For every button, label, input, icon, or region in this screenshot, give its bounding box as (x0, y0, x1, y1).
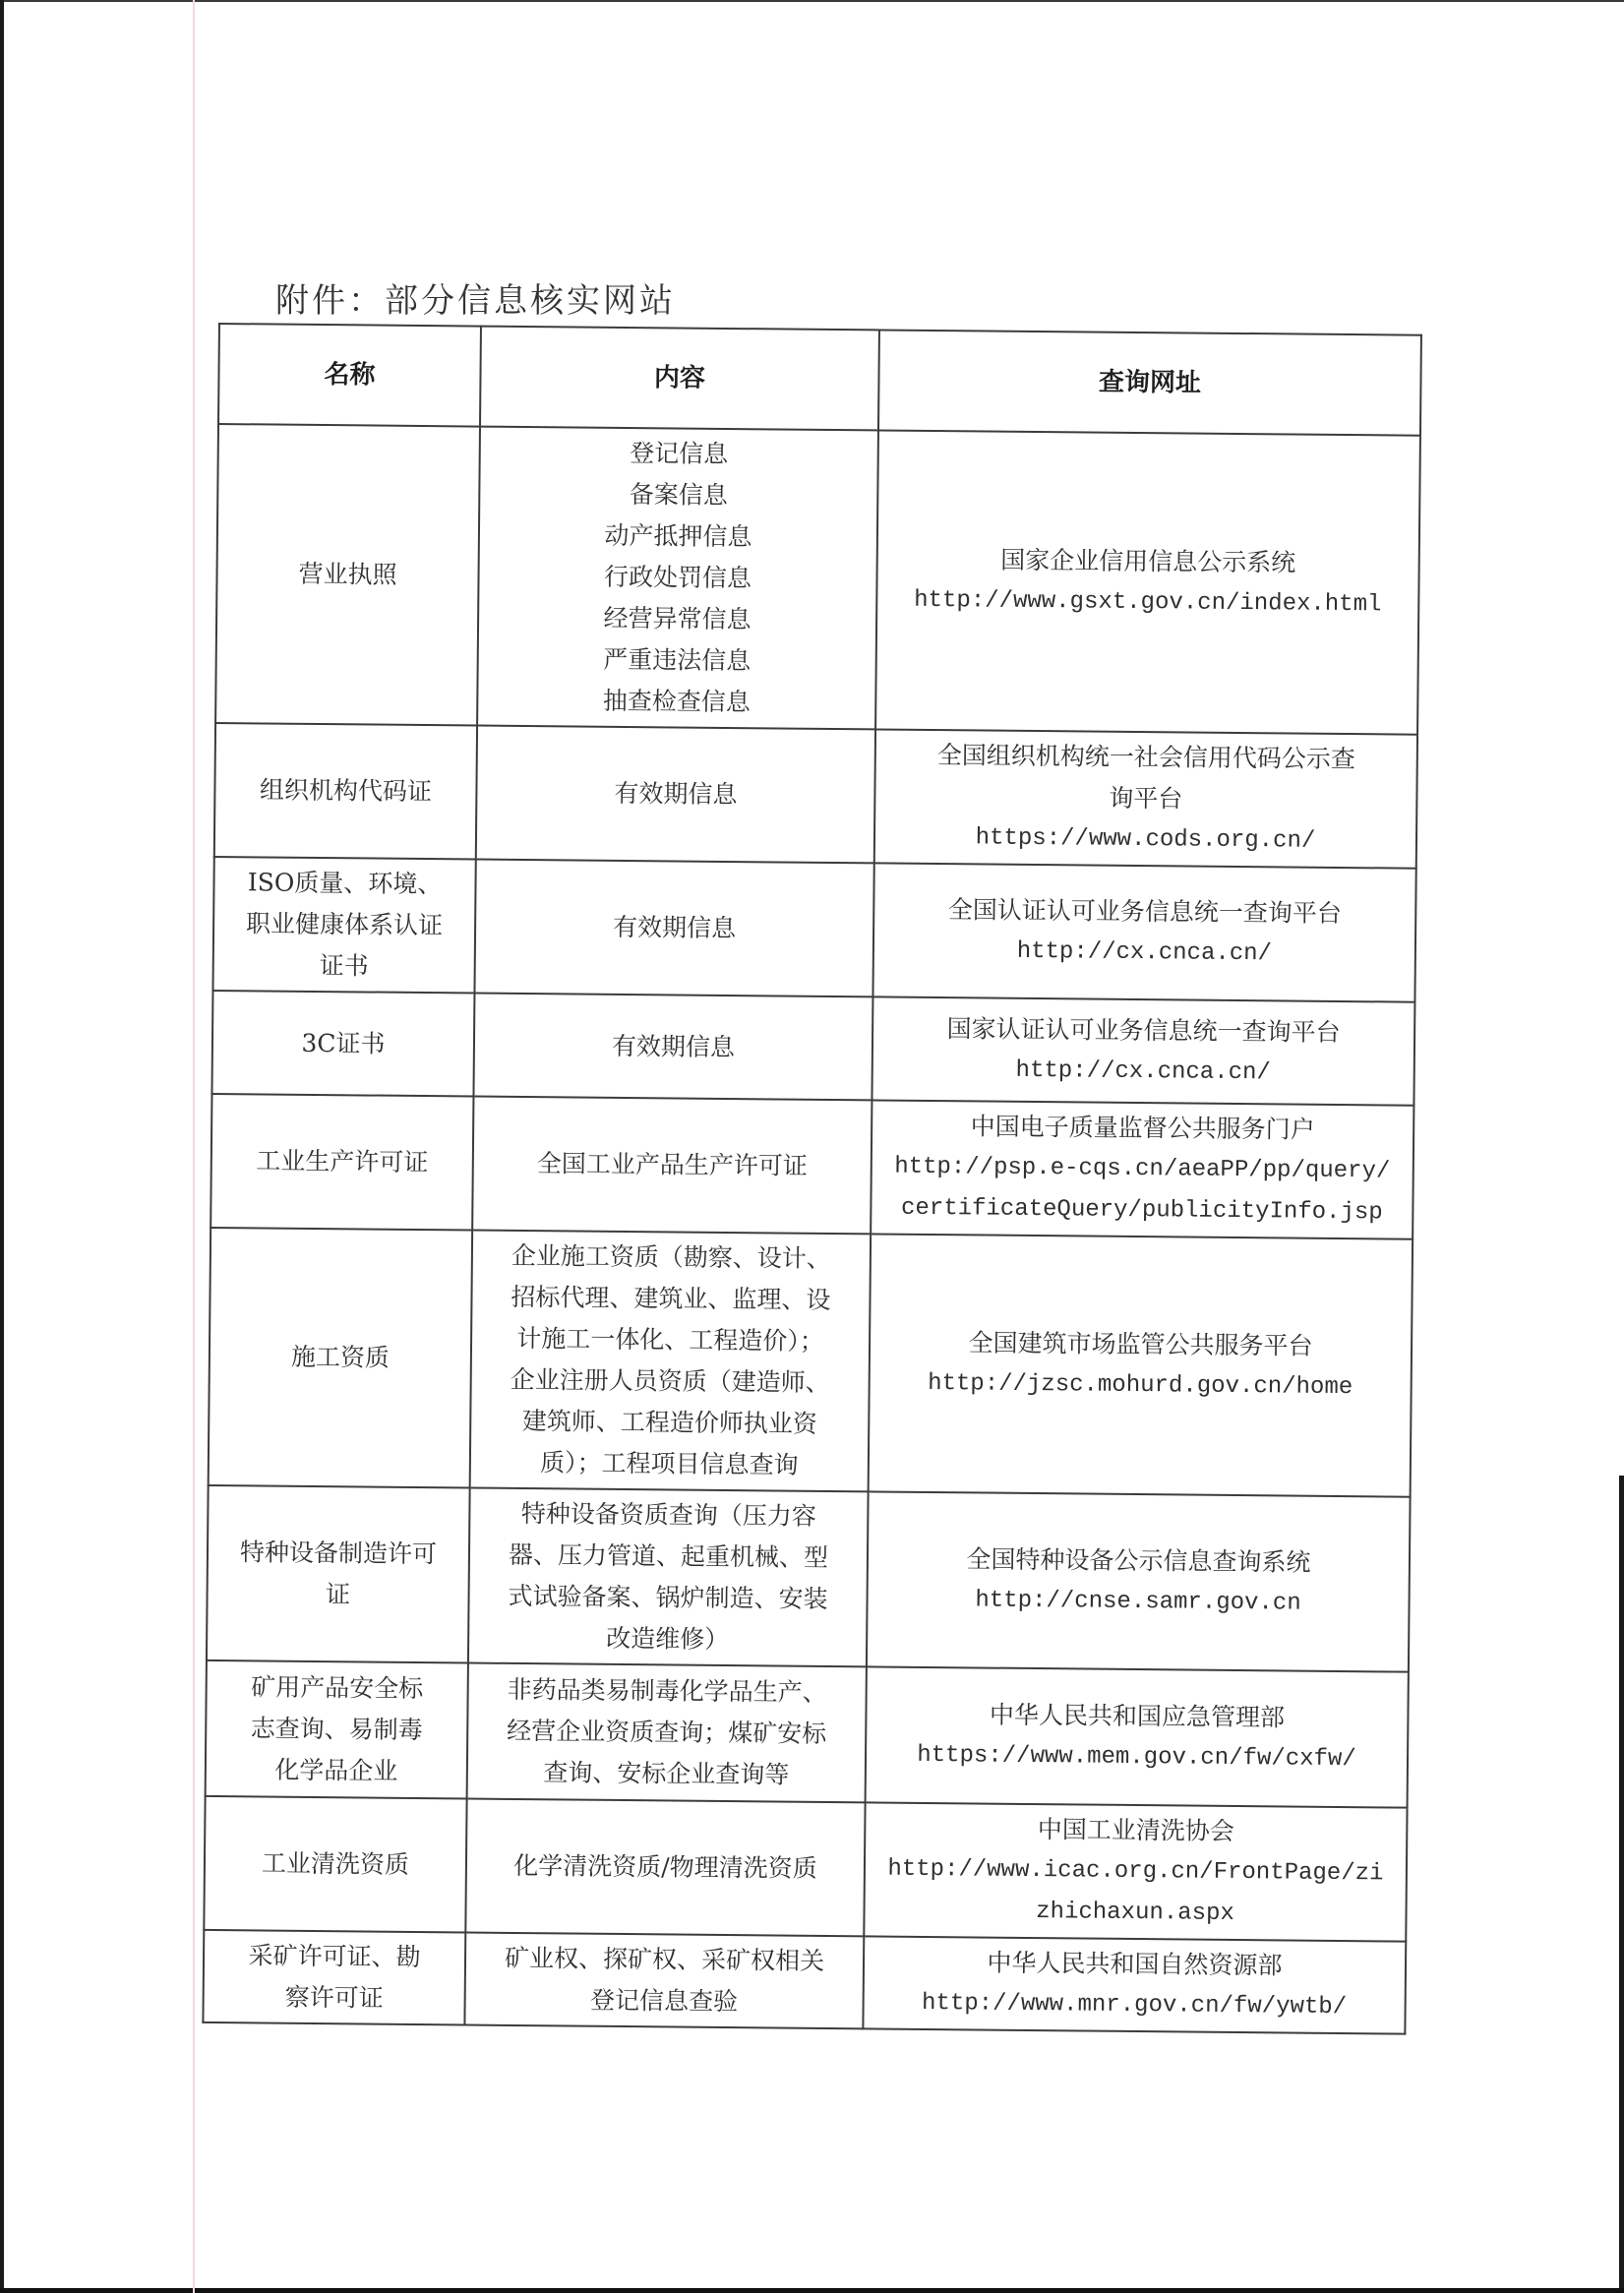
table-row: 组织机构代码证有效期信息全国组织机构统一社会信用代码公示查询平台https://… (214, 723, 1417, 869)
cell-query-site: 中华人民共和国自然资源部http://www.mnr.gov.cn/fw/ywt… (863, 1936, 1406, 2033)
cell-query-site: 中华人民共和国应急管理部https://www.mem.gov.cn/fw/cx… (866, 1666, 1409, 1807)
content-line: 经营企业资质查询；煤矿安标 (478, 1711, 855, 1756)
cell-name-text: ISO质量、环境、职业健康体系认证证书 (243, 862, 446, 988)
content-line: 备案信息 (490, 473, 867, 518)
cell-content: 特种设备资质查询（压力容器、压力管道、起重机械、型式试验备案、锅炉制造、安装改造… (468, 1488, 869, 1667)
site-url: https://www.mem.gov.cn/fw/cxfw/ (876, 1734, 1397, 1780)
content-line: 查询、安标企业查询等 (478, 1752, 855, 1797)
content-line: 计施工一体化、工程造价）； (482, 1318, 859, 1363)
cell-content: 矿业权、探矿权、采矿权相关登记信息查验 (464, 1932, 864, 2028)
cell-name: 工业清洗资质 (204, 1796, 466, 1933)
cell-name: 工业生产许可证 (211, 1094, 473, 1231)
cell-name-text: 工业生产许可证 (256, 1140, 428, 1183)
site-name: 中国工业清洗协会 (875, 1807, 1396, 1853)
content-line: 式试验备案、锅炉制造、安装 (479, 1576, 856, 1621)
site-name: 全国特种设备公示信息查询系统 (878, 1538, 1399, 1584)
site-url: http://jzsc.mohurd.gov.cn/home (879, 1363, 1400, 1410)
table-header-row: 名称 内容 查询网址 (218, 324, 1421, 436)
site-name: 国家企业信用信息公示系统 (888, 539, 1409, 585)
content-line: 登记信息查验 (475, 1979, 852, 2024)
content-line: 有效期信息 (485, 1024, 862, 1069)
site-url: http://www.icac.org.cn/FrontPage/zi (875, 1848, 1396, 1895)
table-row: 工业清洗资质化学清洗资质/物理清洗资质中国工业清洗协会http://www.ic… (204, 1796, 1407, 1942)
cell-name: 矿用产品安全标志查询、易制毒化学品企业 (206, 1660, 468, 1799)
cell-name: 施工资质 (209, 1228, 473, 1488)
content-line: 改造维修） (479, 1617, 856, 1662)
cell-content: 有效期信息 (473, 994, 872, 1101)
table-row: 工业生产许可证全国工业产品生产许可证中国电子质量监督公共服务门户http://p… (211, 1094, 1413, 1239)
cell-name: ISO质量、环境、职业健康体系认证证书 (212, 857, 475, 994)
cell-query-site: 全国组织机构统一社会信用代码公示查询平台https://www.cods.org… (874, 729, 1417, 868)
content-line: 抽查检查信息 (488, 680, 865, 725)
content-line: 质）；工程项目信息查询 (481, 1442, 858, 1487)
cell-content: 非药品类易制毒化学品生产、经营企业资质查询；煤矿安标查询、安标企业查询等 (467, 1663, 867, 1803)
cell-query-site: 全国认证认可业务信息统一查询平台http://cx.cnca.cn/ (872, 863, 1415, 1001)
verification-sites-table: 名称 内容 查询网址 营业执照登记信息备案信息动产抵押信息行政处罚信息经营异常信… (202, 323, 1422, 2035)
table-row: 施工资质企业施工资质（勘察、设计、招标代理、建筑业、监理、设计施工一体化、工程造… (209, 1228, 1413, 1497)
content-line: 矿业权、探矿权、采矿权相关 (476, 1938, 853, 1983)
content-line: 非药品类易制毒化学品生产、 (478, 1669, 855, 1715)
content-line: 建筑师、工程造价师执业资 (481, 1401, 858, 1446)
cell-name-text: 工业清洗资质 (262, 1842, 409, 1885)
site-url: https://www.cods.org.cn/ (885, 817, 1406, 864)
site-url: http://cx.cnca.cn/ (883, 1049, 1404, 1095)
table-row: ISO质量、环境、职业健康体系认证证书有效期信息全国认证认可业务信息统一查询平台… (212, 857, 1415, 1002)
cell-content: 有效期信息 (476, 726, 875, 864)
site-name: 全国建筑市场监管公共服务平台 (880, 1322, 1401, 1368)
cell-content: 化学清洗资质/物理清洗资质 (465, 1798, 865, 1936)
cell-name-text: 采矿许可证、勘察许可证 (242, 1935, 427, 2020)
site-name: 中国电子质量监督公共服务门户 (882, 1106, 1403, 1152)
content-line: 特种设备资质查询（压力容 (480, 1493, 857, 1539)
cell-name-text: 3C证书 (301, 1022, 385, 1064)
content-line: 严重违法信息 (489, 638, 866, 684)
cell-query-site: 国家企业信用信息公示系统http://www.gsxt.gov.cn/index… (875, 430, 1420, 734)
site-url: http://www.mnr.gov.cn/fw/ywtb/ (873, 1982, 1394, 2028)
site-url: http://cnse.samr.gov.cn (877, 1579, 1398, 1625)
cell-query-site: 全国特种设备公示信息查询系统http://cnse.samr.gov.cn (867, 1491, 1411, 1671)
site-url: http://www.gsxt.gov.cn/index.html (887, 580, 1408, 627)
cell-content: 全国工业产品生产许可证 (472, 1097, 872, 1235)
content-line: 企业注册人员资质（建造师、 (481, 1359, 858, 1405)
cell-query-site: 中国电子质量监督公共服务门户http://psp.e-cqs.cn/aeaPP/… (871, 1100, 1413, 1238)
cell-name: 营业执照 (215, 424, 480, 726)
cell-query-site: 国家认证认可业务信息统一查询平台http://cx.cnca.cn/ (872, 996, 1414, 1105)
cell-query-site: 中国工业清洗协会http://www.icac.org.cn/FrontPage… (864, 1802, 1407, 1941)
cell-name: 组织机构代码证 (214, 723, 477, 860)
cell-name: 采矿许可证、勘察许可证 (203, 1930, 465, 2025)
scan-border-bottom (0, 2288, 1624, 2293)
content-line: 化学清洗资质/物理清洗资质 (477, 1845, 854, 1891)
site-url: http://cx.cnca.cn/ (884, 931, 1405, 977)
cell-content: 登记信息备案信息动产抵押信息行政处罚信息经营异常信息严重违法信息抽查检查信息 (477, 427, 878, 730)
scan-border-left (0, 0, 4, 2293)
table-row: 营业执照登记信息备案信息动产抵押信息行政处罚信息经营异常信息严重违法信息抽查检查… (215, 424, 1420, 735)
scan-border-top (0, 0, 1624, 2)
content-line: 有效期信息 (487, 772, 864, 817)
cell-content: 有效期信息 (474, 860, 873, 997)
header-name: 名称 (218, 324, 481, 427)
table-row: 矿用产品安全标志查询、易制毒化学品企业非药品类易制毒化学品生产、经营企业资质查询… (206, 1660, 1409, 1808)
table-row: 3C证书有效期信息国家认证认可业务信息统一查询平台http://cx.cnca.… (211, 991, 1414, 1106)
content-line: 全国工业产品生产许可证 (484, 1143, 861, 1188)
site-name: 中华人民共和国自然资源部 (874, 1941, 1395, 1987)
content-line: 招标代理、建筑业、监理、设 (482, 1277, 859, 1322)
content-line: 动产抵押信息 (490, 514, 867, 560)
content-line: 器、压力管道、起重机械、型 (480, 1535, 857, 1580)
site-name: 全国认证认可业务信息统一查询平台 (884, 889, 1405, 935)
cell-name-text: 特种设备制造许可证 (237, 1532, 440, 1616)
site-url: http://psp.e-cqs.cn/aeaPP/pp/query/ (882, 1147, 1403, 1193)
header-content: 内容 (480, 327, 879, 431)
cell-name: 3C证书 (211, 991, 474, 1097)
content-line: 经营异常信息 (489, 597, 866, 642)
scan-border-right (1619, 1476, 1624, 2293)
site-name: 询平台 (885, 776, 1406, 822)
page-title: 附件：部分信息核实网站 (275, 273, 676, 322)
content-line: 有效期信息 (486, 906, 863, 951)
site-name: 国家认证认可业务信息统一查询平台 (883, 1007, 1404, 1054)
site-url: zhichaxun.aspx (874, 1890, 1395, 1936)
table-row: 采矿许可证、勘察许可证矿业权、探矿权、采矿权相关登记信息查验中华人民共和国自然资… (203, 1930, 1406, 2034)
content-line: 行政处罚信息 (489, 556, 866, 601)
cell-name-text: 矿用产品安全标志查询、易制毒化学品企业 (244, 1666, 430, 1792)
table-row: 特种设备制造许可证特种设备资质查询（压力容器、压力管道、起重机械、型式试验备案、… (207, 1485, 1411, 1672)
cell-name: 特种设备制造许可证 (207, 1485, 470, 1663)
cell-name-text: 施工资质 (291, 1337, 390, 1379)
content-line: 企业施工资质（勘察、设计、 (483, 1236, 860, 1281)
cell-name-text: 营业执照 (298, 554, 396, 596)
cell-name-text: 组织机构代码证 (260, 769, 432, 813)
site-name: 中华人民共和国应急管理部 (876, 1693, 1397, 1739)
cell-content: 企业施工资质（勘察、设计、招标代理、建筑业、监理、设计施工一体化、工程造价）；企… (470, 1231, 871, 1492)
content-line: 登记信息 (491, 432, 868, 477)
header-url: 查询网址 (878, 330, 1421, 435)
site-url: certificateQuery/publicityInfo.jsp (881, 1188, 1402, 1235)
cell-query-site: 全国建筑市场监管公共服务平台http://jzsc.mohurd.gov.cn/… (869, 1234, 1413, 1496)
site-name: 全国组织机构统一社会信用代码公示查 (886, 735, 1407, 781)
scan-artifact-line (193, 0, 195, 2293)
